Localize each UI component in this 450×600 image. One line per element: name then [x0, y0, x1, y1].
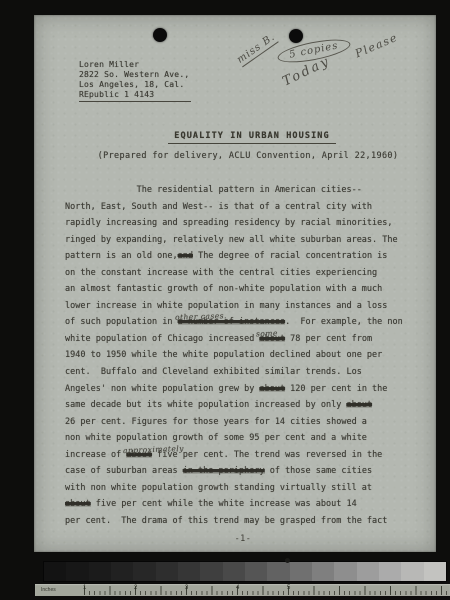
ruler-inches-label: Inches	[41, 587, 56, 593]
body-text: an almost fantastic growth of non-white …	[65, 284, 382, 294]
grayscale-calibration-wedge	[44, 562, 446, 581]
body-text: 78 per cent from	[285, 334, 372, 344]
wedge-step	[245, 562, 267, 581]
body-text: same decade but its white population inc…	[65, 400, 346, 410]
body-line: cent. Buffalo and Cleveland exhibited si…	[65, 364, 421, 381]
body-text: ringed by expanding, relatively new all …	[65, 235, 398, 245]
body-line: same decade but its white population inc…	[65, 397, 421, 414]
wedge-step	[357, 562, 379, 581]
wedge-step	[66, 562, 88, 581]
document-body: The residential pattern in American citi…	[65, 182, 421, 529]
body-text: North, East, South and West-- is that of…	[65, 202, 372, 212]
sender-street: 2822 So. Western Ave.,	[79, 70, 191, 80]
body-line: North, East, South and West-- is that of…	[65, 199, 421, 216]
body-text: non white population growth of some 95 p…	[65, 433, 367, 443]
body-text: Angeles' non white population grew by	[65, 384, 259, 394]
ruler-number: 5	[287, 585, 290, 591]
wedge-step	[89, 562, 111, 581]
handwritten-correction: other cases.	[174, 308, 227, 326]
wedge-step	[133, 562, 155, 581]
body-text: with non white population growth standin…	[65, 483, 372, 493]
wedge-step	[290, 562, 312, 581]
body-line: pattern is an old one,and The degree of …	[65, 248, 421, 265]
struck-text: in the periphery	[183, 466, 265, 476]
punch-hole-icon	[153, 28, 167, 42]
body-text: on the constant increase with the centra…	[65, 268, 377, 278]
handwritten-correction: some	[256, 326, 278, 343]
wedge-step	[156, 562, 178, 581]
ruler-major-ticks	[84, 586, 450, 595]
wedge-step	[44, 562, 66, 581]
body-text: five per cent. The trend was reversed in…	[152, 450, 382, 460]
body-line: an almost fantastic growth of non-white …	[65, 281, 421, 298]
wedge-step	[334, 562, 356, 581]
wedge-marker-icon	[285, 558, 290, 563]
body-text: increase of	[65, 450, 126, 460]
body-text: per cent. The drama of this trend may be…	[65, 516, 387, 526]
wedge-step	[111, 562, 133, 581]
struck-text: and	[178, 251, 193, 261]
body-line: white population of Chicago increased so…	[65, 331, 421, 348]
calibration-ruler: Inches 12345	[35, 584, 450, 596]
body-text: The degree of racial concentration is	[193, 251, 387, 261]
body-text: 26 per cent. Figures for those years for…	[65, 417, 367, 427]
wedge-step	[424, 562, 446, 581]
document-subtitle: (Prepared for delivery, ACLU Convention,…	[47, 151, 449, 161]
document-page: Loren Miller 2822 So. Western Ave., Los …	[34, 15, 436, 552]
body-line: 26 per cent. Figures for those years for…	[65, 414, 421, 431]
struck-text: about	[259, 384, 285, 394]
title-row: EQUALITY IN URBAN HOUSING	[51, 123, 450, 142]
body-line: on the constant increase with the centra…	[65, 265, 421, 282]
body-text: pattern is an old one,	[65, 251, 178, 261]
body-line: Angeles' non white population grew by ab…	[65, 381, 421, 398]
punch-hole-icon	[289, 29, 303, 43]
sender-city: Los Angeles, 18, Cal.	[79, 80, 191, 90]
correction-group: approximatelyabout	[126, 450, 152, 460]
struck-text: about	[65, 499, 91, 509]
body-line: about five per cent while the white incr…	[65, 496, 421, 513]
body-line: case of suburban areas in the periphery …	[65, 463, 421, 480]
wedge-step	[312, 562, 334, 581]
body-line: of such population in other cases.a numb…	[65, 314, 421, 331]
body-text: white population of Chicago increased	[65, 334, 259, 344]
correction-group: someabout	[259, 334, 285, 344]
wedge-step	[401, 562, 423, 581]
wedge-step	[379, 562, 401, 581]
body-line: lower increase in white population in ma…	[65, 298, 421, 315]
ruler-number: 4	[236, 585, 239, 591]
body-text: cent. Buffalo and Cleveland exhibited si…	[65, 367, 362, 377]
wedge-step	[223, 562, 245, 581]
body-text: 120 per cent in the	[285, 384, 387, 394]
body-text: case of suburban areas	[65, 466, 183, 476]
wedge-step	[178, 562, 200, 581]
ruler-number: 3	[185, 585, 188, 591]
body-text: five per cent while the white increase w…	[91, 499, 357, 509]
body-text: rapidly increasing and spreading residen…	[65, 218, 393, 228]
wedge-step	[200, 562, 222, 581]
scanned-document: Loren Miller 2822 So. Western Ave., Los …	[0, 0, 450, 600]
body-text: . For example, the non	[285, 317, 403, 327]
wedge-step	[267, 562, 289, 581]
body-line: ringed by expanding, relatively new all …	[65, 232, 421, 249]
ruler-number: 1	[83, 585, 86, 591]
body-text: The residential pattern in American citi…	[65, 185, 362, 195]
body-line: rapidly increasing and spreading residen…	[65, 215, 421, 232]
handwritten-note-recipient: miss B.	[235, 32, 278, 68]
struck-text: about	[346, 400, 372, 410]
body-line: per cent. The drama of this trend may be…	[65, 513, 421, 530]
body-line: 1940 to 1950 while the white population …	[65, 347, 421, 364]
body-line: with non white population growth standin…	[65, 480, 421, 497]
body-text: 1940 to 1950 while the white population …	[65, 350, 382, 360]
body-line: The residential pattern in American citi…	[65, 182, 421, 199]
handwritten-correction: approximately	[123, 441, 185, 460]
ruler-number: 2	[134, 585, 137, 591]
document-title: EQUALITY IN URBAN HOUSING	[168, 131, 335, 144]
body-line: increase of approximatelyabout five per …	[65, 447, 421, 464]
body-text: of such population in	[65, 317, 178, 327]
phone-underline	[79, 101, 191, 102]
sender-name: Loren Miller	[79, 60, 191, 70]
page-number: -1-	[65, 534, 421, 544]
handwritten-note-please: Please	[353, 31, 400, 61]
sender-phone: REpublic 1 4143	[79, 90, 191, 100]
body-line: non white population growth of some 95 p…	[65, 430, 421, 447]
sender-address-block: Loren Miller 2822 So. Western Ave., Los …	[79, 60, 191, 102]
body-text: of those same cities	[265, 466, 372, 476]
